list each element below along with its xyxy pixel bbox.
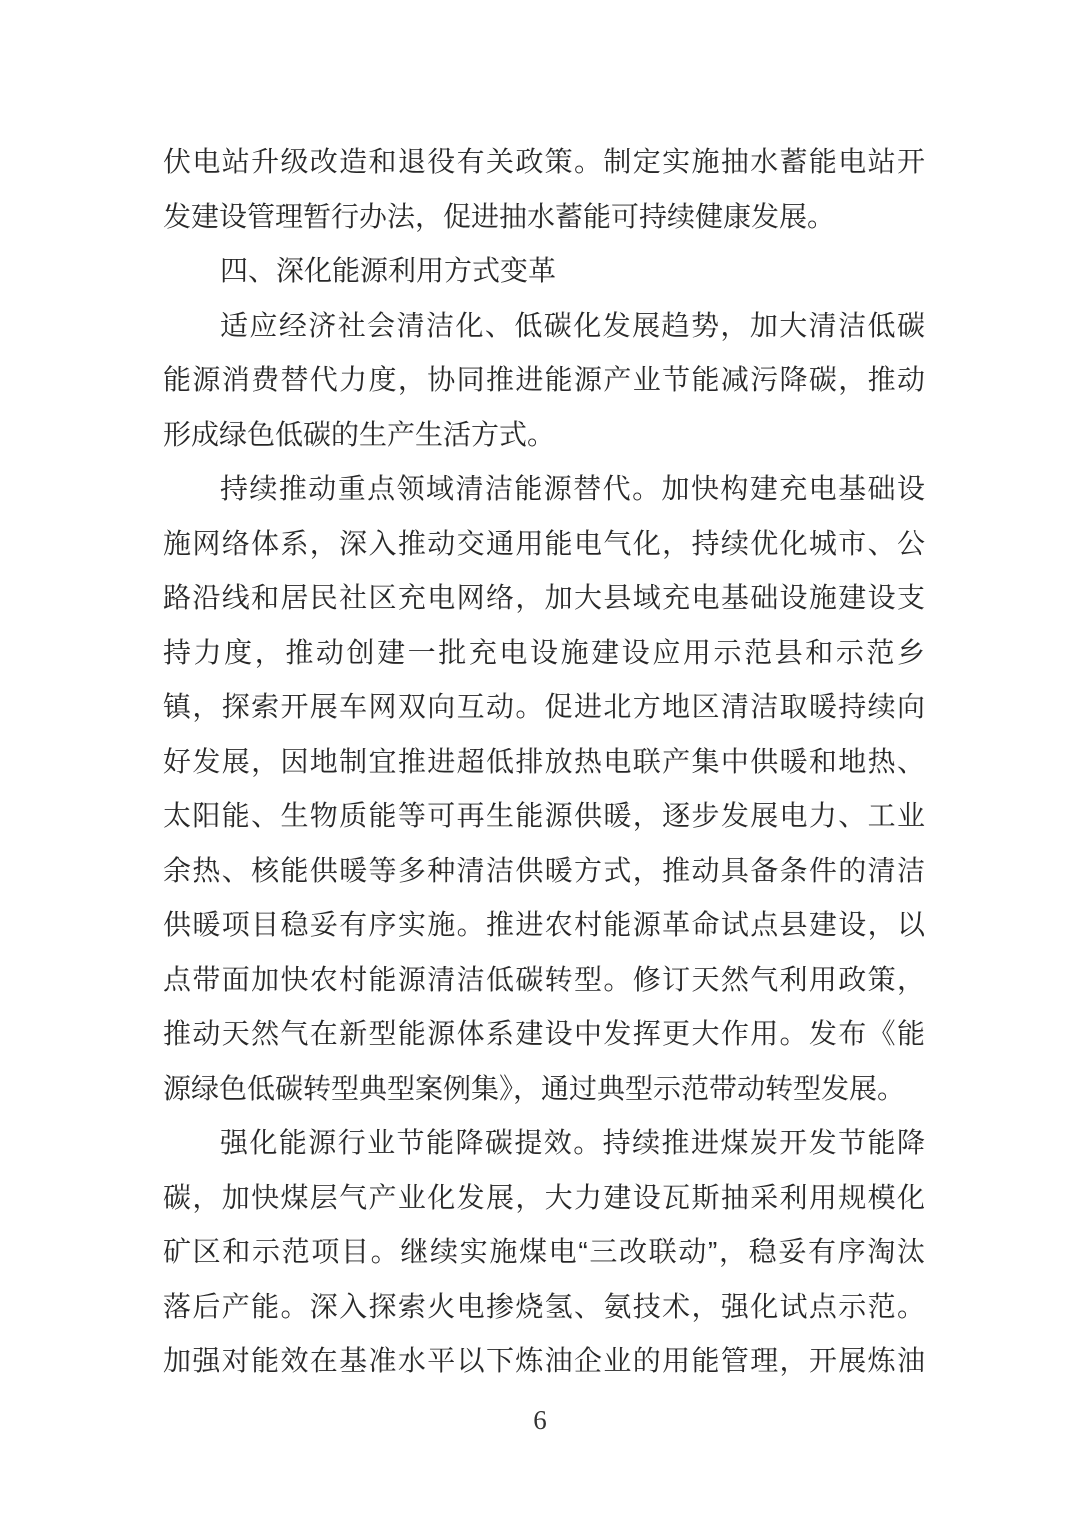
text-line: 太阳能、生物质能等可再生能源供暖，逐步发展电力、工业 — [163, 789, 925, 844]
text-block: 伏电站升级改造和退役有关政策。制定实施抽水蓄能电站开 发建设管理暂行办法，促进抽… — [163, 135, 925, 1389]
text-line: 好发展，因地制宜推进超低排放热电联产集中供暖和地热、 — [163, 735, 925, 790]
page-number: 6 — [0, 1400, 1080, 1440]
text-line: 持力度，推动创建一批充电设施建设应用示范县和示范乡 — [163, 626, 925, 681]
text-line: 碳，加快煤层气产业化发展，大力建设瓦斯抽采利用规模化 — [163, 1171, 925, 1226]
text-line: 能源消费替代力度，协同推进能源产业节能减污降碳，推动 — [163, 353, 925, 408]
text-line: 点带面加快农村能源清洁低碳转型。修订天然气利用政策， — [163, 953, 925, 1008]
text-line: 形成绿色低碳的生产生活方式。 — [163, 408, 925, 463]
text-line: 适应经济社会清洁化、低碳化发展趋势，加大清洁低碳 — [163, 299, 925, 354]
text-line: 加强对能效在基准水平以下炼油企业的用能管理，开展炼油 — [163, 1334, 925, 1389]
text-line: 镇，探索开展车网双向互动。促进北方地区清洁取暖持续向 — [163, 680, 925, 735]
text-line: 推动天然气在新型能源体系建设中发挥更大作用。发布《能 — [163, 1007, 925, 1062]
text-line: 发建设管理暂行办法，促进抽水蓄能可持续健康发展。 — [163, 190, 925, 245]
text-line: 余热、核能供暖等多种清洁供暖方式，推动具备条件的清洁 — [163, 844, 925, 899]
text-line: 伏电站升级改造和退役有关政策。制定实施抽水蓄能电站开 — [163, 135, 925, 190]
section-heading: 四、深化能源利用方式变革 — [163, 244, 925, 299]
text-line: 落后产能。深入探索火电掺烧氢、氨技术，强化试点示范。 — [163, 1280, 925, 1335]
text-line: 源绿色低碳转型典型案例集》，通过典型示范带动转型发展。 — [163, 1062, 925, 1117]
text-line: 强化能源行业节能降碳提效。持续推进煤炭开发节能降 — [163, 1116, 925, 1171]
text-line: 施网络体系，深入推动交通用能电气化，持续优化城市、公 — [163, 517, 925, 572]
text-line: 持续推动重点领域清洁能源替代。加快构建充电基础设 — [163, 462, 925, 517]
text-line: 供暖项目稳妥有序实施。推进农村能源革命试点县建设，以 — [163, 898, 925, 953]
text-line: 路沿线和居民社区充电网络，加大县域充电基础设施建设支 — [163, 571, 925, 626]
document-page: 伏电站升级改造和退役有关政策。制定实施抽水蓄能电站开 发建设管理暂行办法，促进抽… — [0, 0, 1080, 1527]
text-line: 矿区和示范项目。继续实施煤电“三改联动”，稳妥有序淘汰 — [163, 1225, 925, 1280]
